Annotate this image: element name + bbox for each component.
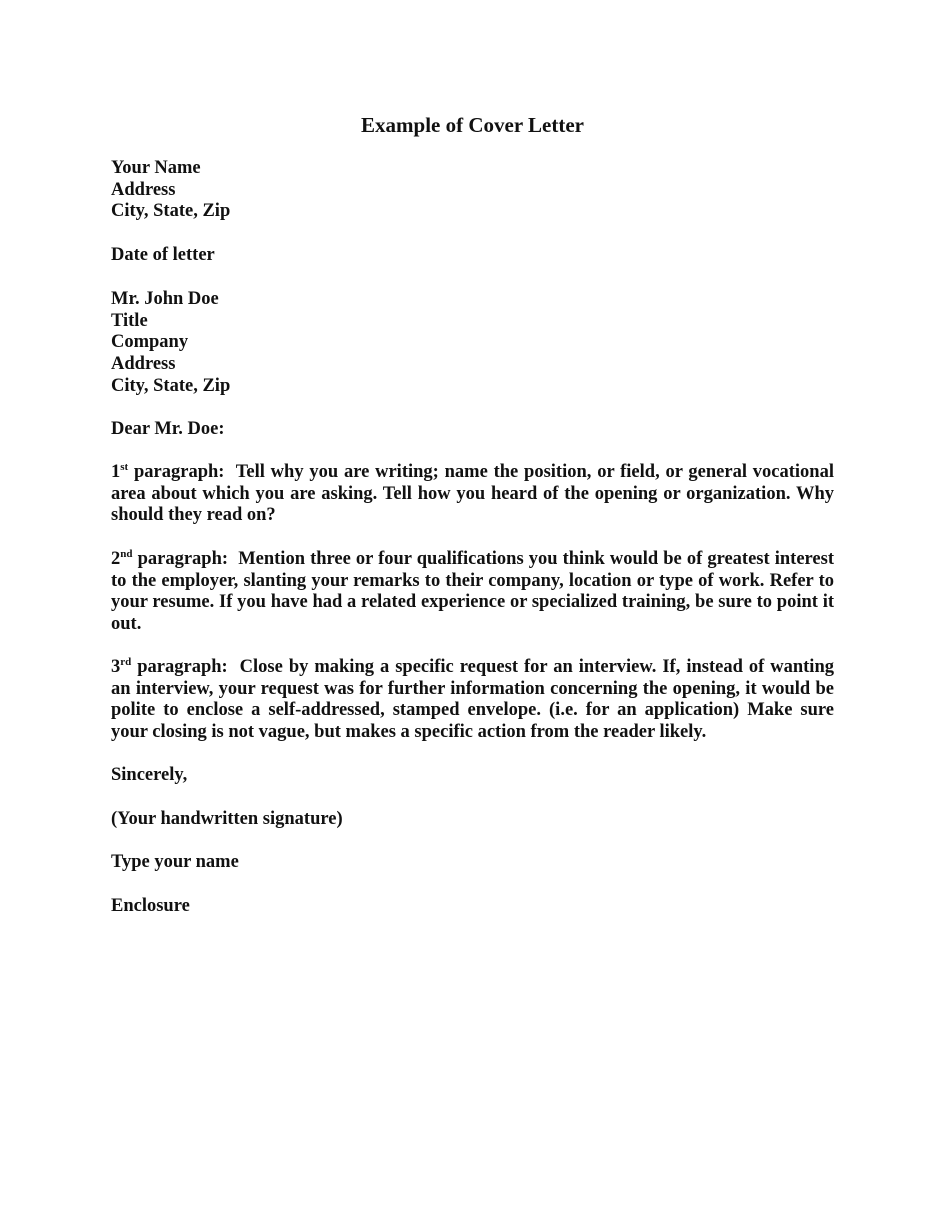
ordinal-suffix: st (120, 461, 128, 473)
paragraph-3: 3rd paragraph: Close by making a specifi… (111, 657, 834, 744)
paragraph-number: 3 (111, 657, 120, 677)
enclosure-text: Enclosure (111, 896, 834, 918)
paragraph-number: 2 (111, 549, 120, 569)
signature-text: (Your handwritten signature) (111, 809, 834, 831)
paragraph-label: paragraph: (128, 462, 236, 482)
recipient-street: Address (111, 354, 834, 376)
sender-name: Your Name (111, 158, 834, 180)
typed-name-text: Type your name (111, 852, 834, 874)
typed-name: Type your name (111, 852, 834, 874)
closing: Sincerely, (111, 765, 834, 787)
page-title: Example of Cover Letter (0, 112, 945, 138)
paragraph-number: 1 (111, 462, 120, 482)
recipient-name: Mr. John Doe (111, 289, 834, 311)
salutation-text: Dear Mr. Doe: (111, 419, 834, 441)
recipient-city: City, State, Zip (111, 376, 834, 398)
sender-address: Your Name Address City, State, Zip (111, 158, 834, 223)
salutation: Dear Mr. Doe: (111, 419, 834, 441)
paragraph-label: paragraph: (131, 657, 239, 677)
paragraph-2: 2nd paragraph: Mention three or four qua… (111, 549, 834, 636)
paragraph-1: 1st paragraph: Tell why you are writing;… (111, 462, 834, 527)
letter-date: Date of letter (111, 245, 834, 267)
enclosure: Enclosure (111, 896, 834, 918)
recipient-title: Title (111, 311, 834, 333)
closing-text: Sincerely, (111, 765, 834, 787)
sender-city: City, State, Zip (111, 201, 834, 223)
ordinal-suffix: rd (120, 656, 131, 668)
date-text: Date of letter (111, 245, 834, 267)
paragraph-label: paragraph: (133, 549, 239, 569)
recipient-company: Company (111, 332, 834, 354)
sender-street: Address (111, 180, 834, 202)
signature: (Your handwritten signature) (111, 809, 834, 831)
ordinal-suffix: nd (120, 548, 132, 560)
recipient-address: Mr. John Doe Title Company Address City,… (111, 289, 834, 398)
